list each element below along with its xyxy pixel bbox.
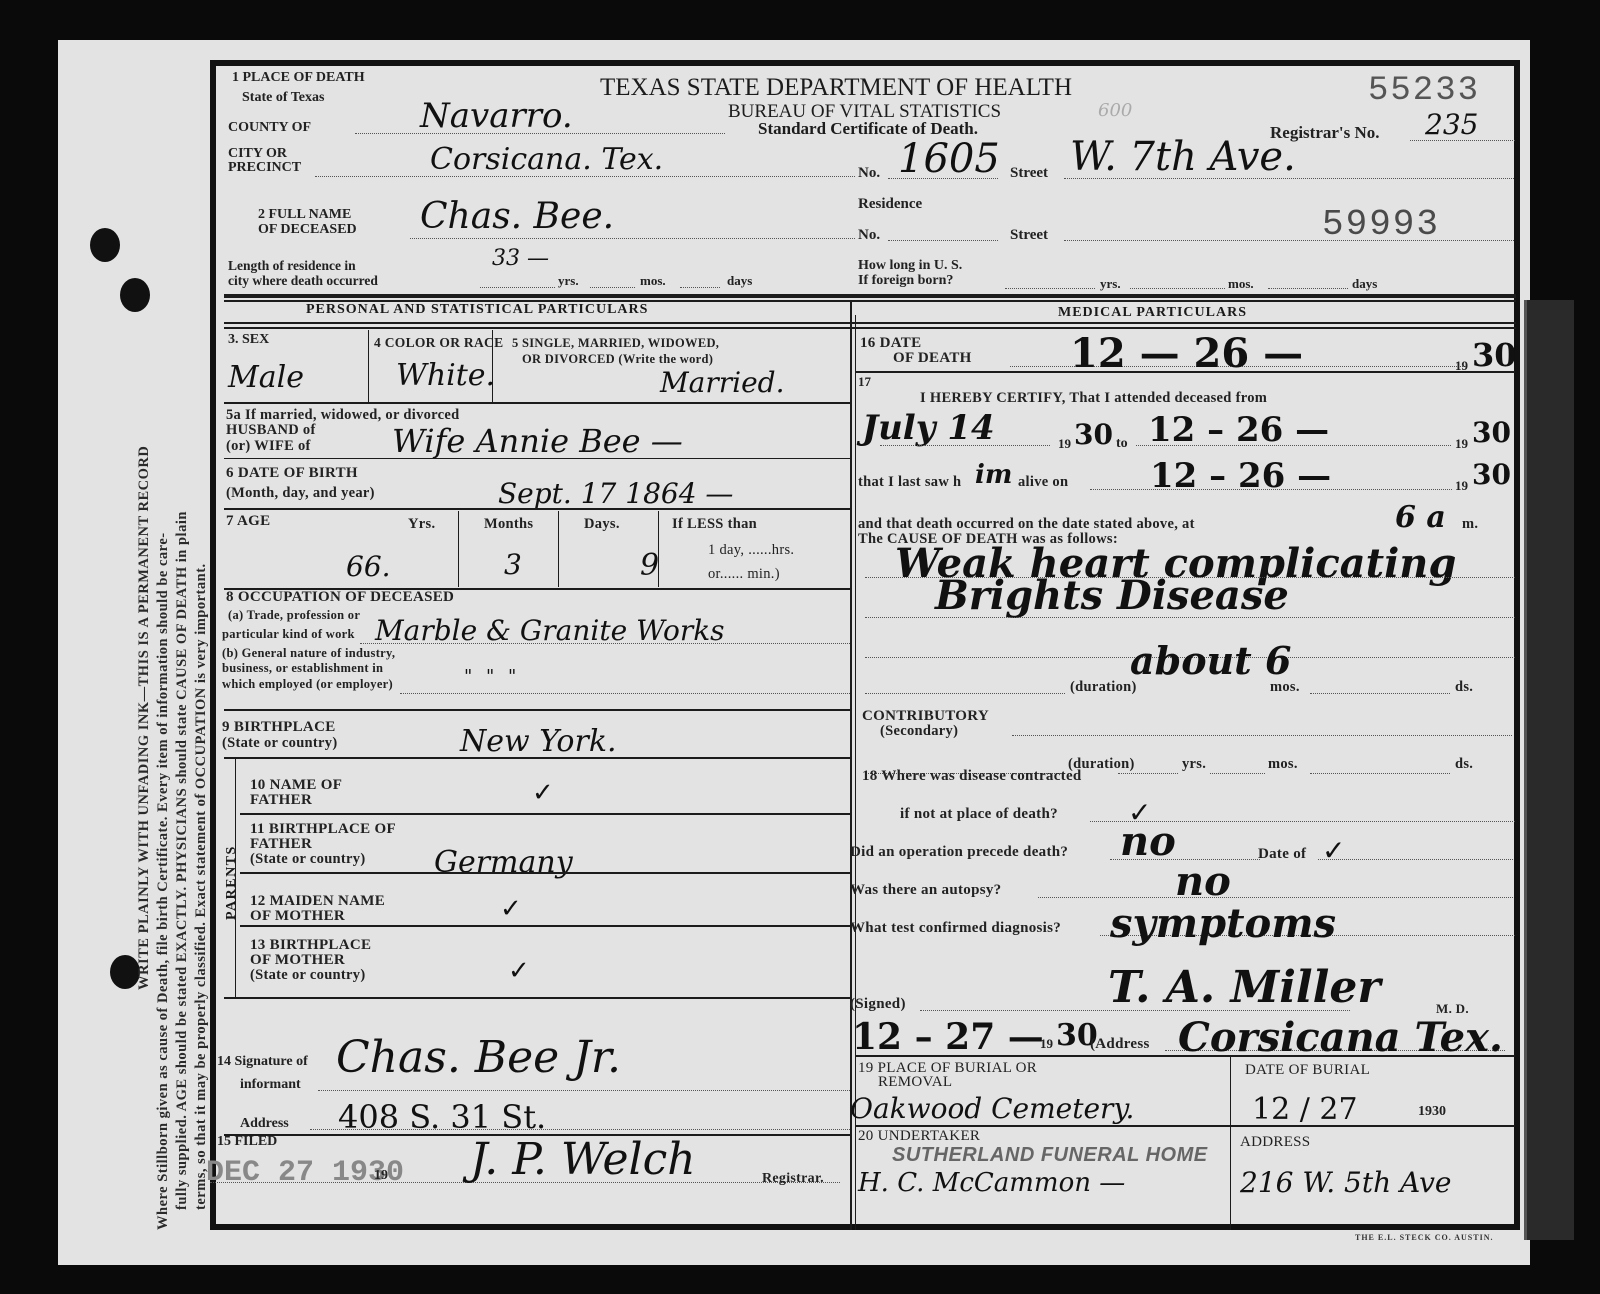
operation-date-label: Date of — [1258, 846, 1306, 863]
informant-label: informant — [240, 1077, 301, 1093]
age-yrs-label: Yrs. — [408, 516, 435, 533]
last-saw-label: that I last saw h — [858, 474, 961, 491]
undertaker-address-value: 216 W. 5th Ave — [1240, 1166, 1452, 1199]
informant-signature: Chas. Bee Jr. — [336, 1032, 621, 1083]
signed-date-value: 12 – 27 — — [852, 1016, 1044, 1058]
last-saw-year: 30 — [1472, 458, 1511, 491]
residence-no-label: No. — [858, 227, 880, 243]
last-saw-pronoun: im — [975, 460, 1012, 490]
registrar-no-value: 235 — [1425, 108, 1478, 141]
occupation-value: Marble & Granite Works — [375, 614, 725, 647]
less-than-label: 1 day, ......hrs. — [708, 542, 794, 559]
county-value: Navarro. — [420, 96, 573, 136]
parents-label: PARENTS — [224, 845, 240, 920]
age-years-value: 66. — [346, 550, 391, 583]
pencil-note: 600 — [1098, 100, 1132, 121]
city-value: Corsicana. Tex. — [430, 142, 663, 177]
spouse-label: HUSBAND of — [226, 422, 316, 439]
date-of-death-year: 30 — [1472, 336, 1517, 374]
number-stamp: 59993 — [1322, 204, 1440, 245]
physician-address-label: (Address — [1090, 1036, 1150, 1053]
street-value: W. 7th Ave. — [1070, 134, 1296, 180]
year-prefix: 19 — [1455, 478, 1468, 494]
occupation-label: 8 OCCUPATION OF DECEASED — [226, 589, 454, 606]
father-name-check: ✓ — [532, 778, 554, 808]
less-than-label: If LESS than — [672, 516, 757, 533]
length-residence-label: Length of residence in — [228, 258, 356, 274]
days-label: days — [1352, 276, 1377, 292]
undertaker-stamp: SUTHERLAND FUNERAL HOME — [892, 1144, 1208, 1167]
address-no-value: 1605 — [898, 136, 1000, 182]
filed-label: 15 FILED — [217, 1134, 277, 1150]
race-value: White. — [396, 358, 495, 393]
days-label: days — [727, 273, 752, 289]
scan-edge — [1524, 300, 1574, 1240]
printer-imprint: THE E.L. STECK CO. AUSTIN. — [1355, 1233, 1493, 1242]
occupation-b-label: (b) General nature of industry, — [222, 646, 395, 661]
length-residence-years: 33 — — [492, 246, 549, 271]
age-months-value: 3 — [504, 548, 522, 581]
deceased-name-value: Chas. Bee. — [420, 196, 614, 237]
full-name-label: 2 FULL NAME — [258, 207, 351, 223]
sex-label: 3. SEX — [228, 332, 269, 348]
death-time-value: 6 a — [1395, 500, 1446, 535]
length-residence-label: city where death occurred — [228, 273, 378, 289]
last-saw-value: 12 – 26 — — [1150, 456, 1331, 496]
occupation-a-label: particular kind of work — [222, 627, 355, 642]
age-days-label: Days. — [584, 516, 620, 533]
informant-address-value: 408 S. 31 St. — [338, 1098, 546, 1136]
attended-from-year: 30 — [1074, 418, 1113, 451]
burial-date-label: DATE OF BURIAL — [1245, 1062, 1370, 1079]
diagnosis-test-value: symptoms — [1110, 900, 1336, 947]
burial-date-value: 12 / 27 — [1252, 1092, 1358, 1127]
year-prefix: 19 — [1040, 1036, 1053, 1052]
margin-line: WRITE PLAINLY WITH UNFADING INK—THIS IS … — [135, 100, 154, 1230]
binder-hole — [90, 228, 120, 262]
alive-on-label: alive on — [1018, 474, 1068, 491]
full-name-label: OF DECEASED — [258, 222, 357, 238]
informant-address-label: Address — [240, 1116, 289, 1132]
burial-place-value: Oakwood Cemetery. — [850, 1092, 1134, 1125]
yrs-label: yrs. — [1100, 276, 1121, 292]
dob-label: 6 DATE OF BIRTH — [226, 465, 358, 482]
registrar-label: Registrar. — [762, 1170, 824, 1187]
county-label: COUNTY OF — [228, 120, 311, 136]
residence-street-label: Street — [1010, 227, 1048, 243]
attended-from-value: July 14 — [862, 408, 995, 448]
mos-label: mos. — [640, 273, 666, 289]
state-label: State of Texas — [242, 90, 324, 106]
certify-text: I HEREBY CERTIFY, That I attended deceas… — [920, 390, 1267, 407]
birthplace-label: (State or country) — [222, 735, 337, 752]
father-birthplace-value: Germany — [434, 845, 573, 880]
father-birthplace-label: (State or country) — [250, 851, 365, 868]
burial-year: 1930 — [1418, 1104, 1446, 1120]
mother-birthplace-check: ✓ — [508, 956, 530, 986]
operation-label: Did an operation precede death? — [850, 844, 1068, 861]
undertaker-label: 20 UNDERTAKER — [858, 1128, 980, 1145]
duration-label: (duration) — [1070, 679, 1137, 696]
disease-contracted-label: if not at place of death? — [900, 806, 1058, 823]
year-prefix: 19 — [1058, 436, 1071, 452]
physician-signature: T. A. Miller — [1108, 962, 1381, 1013]
diagnosis-test-label: What test confirmed diagnosis? — [850, 920, 1061, 937]
sex-value: Male — [228, 360, 304, 395]
undertaker-address-label: ADDRESS — [1240, 1134, 1310, 1151]
autopsy-label: Was there an autopsy? — [850, 882, 1001, 899]
margin-instructions: WRITE PLAINLY WITH UNFADING INK—THIS IS … — [135, 100, 215, 1230]
mother-name-check: ✓ — [500, 894, 522, 924]
personal-section-title: PERSONAL AND STATISTICAL PARTICULARS — [306, 302, 648, 318]
mother-birthplace-label: (State or country) — [250, 967, 365, 984]
less-than-label: or...... min.) — [708, 566, 780, 583]
ds-label: ds. — [1455, 756, 1473, 773]
spouse-label: (or) WIFE of — [226, 438, 311, 455]
certificate-title: TEXAS STATE DEPARTMENT OF HEALTH — [600, 74, 1072, 102]
registrar-signature: J. P. Welch — [470, 1134, 696, 1185]
operation-value: no — [1120, 818, 1176, 865]
date-of-death-value: 12 — 26 — — [1070, 330, 1303, 377]
age-days-value: 9 — [640, 548, 659, 583]
am-pm-label: m. — [1462, 516, 1478, 533]
mos-label: mos. — [1270, 679, 1300, 696]
margin-line: fully supplied. AGE should be stated EXA… — [173, 100, 192, 1230]
operation-date-check: ✓ — [1322, 834, 1345, 867]
residence-label: Residence — [858, 196, 922, 212]
yrs-label: yrs. — [1182, 756, 1206, 773]
occupation-b-label: which employed (or employer) — [222, 677, 393, 692]
birthplace-value: New York. — [460, 724, 617, 759]
age-label: 7 AGE — [226, 513, 270, 530]
disease-contracted-label: 18 Where was disease contracted — [862, 768, 1082, 785]
file-number-stamp: 55233 — [1368, 72, 1480, 110]
us-residence-label: If foreign born? — [858, 273, 953, 289]
spouse-value: Wife Annie Bee — — [392, 422, 683, 460]
medical-section-title: MEDICAL PARTICULARS — [1058, 305, 1247, 321]
to-label: to — [1116, 436, 1128, 452]
attended-to-year: 30 — [1472, 416, 1511, 449]
mother-name-label: OF MOTHER — [250, 908, 345, 925]
occupation-a-label: (a) Trade, profession or — [228, 608, 360, 623]
ds-label: ds. — [1455, 679, 1473, 696]
filed-year-prefix: 19 — [374, 1168, 388, 1184]
duration-value: about 6 — [1130, 638, 1291, 683]
birthplace-label: 9 BIRTHPLACE — [222, 719, 336, 736]
item-17-label: 17 — [858, 374, 871, 390]
us-residence-label: How long in U. S. — [858, 258, 962, 274]
year-prefix: 19 — [1455, 436, 1468, 452]
mos-label: mos. — [1268, 756, 1298, 773]
dob-label: (Month, day, and year) — [226, 485, 375, 502]
precinct-label: PRECINCT — [228, 160, 301, 176]
signed-label: (Signed) — [850, 996, 906, 1013]
address-no-label: No. — [858, 165, 880, 181]
age-months-label: Months — [484, 516, 533, 533]
occupation-b-value: " " " — [464, 666, 520, 687]
mos-label: mos. — [1228, 276, 1254, 292]
place-of-death-label: 1 PLACE OF DEATH — [232, 70, 365, 86]
street-label: Street — [1010, 165, 1048, 181]
yrs-label: yrs. — [558, 273, 579, 289]
date-of-death-label: OF DEATH — [893, 350, 972, 367]
margin-line: terms, so that it may be properly classi… — [192, 100, 211, 1230]
physician-address-value: Corsicana Tex. — [1178, 1014, 1503, 1061]
occupation-b-label: business, or establishment in — [222, 661, 383, 676]
race-label: 4 COLOR OR RACE — [374, 335, 503, 350]
dob-value: Sept. 17 1864 — — [498, 477, 733, 510]
attended-to-value: 12 – 26 — — [1148, 410, 1329, 450]
contributory-label: (Secondary) — [880, 723, 958, 740]
marital-label: OR DIVORCED (Write the word) — [522, 352, 713, 367]
margin-line: Where Stillborn given as cause of Death,… — [154, 100, 173, 1230]
informant-label: 14 Signature of — [217, 1054, 308, 1070]
marital-value: Married. — [660, 366, 784, 399]
marital-label: 5 SINGLE, MARRIED, WIDOWED, — [512, 336, 719, 351]
cause-of-death-line2: Brights Disease — [935, 572, 1289, 619]
father-name-label: FATHER — [250, 792, 312, 809]
autopsy-value: no — [1175, 858, 1231, 905]
undertaker-value: H. C. McCammon — — [858, 1168, 1125, 1198]
burial-place-label: REMOVAL — [878, 1074, 952, 1091]
